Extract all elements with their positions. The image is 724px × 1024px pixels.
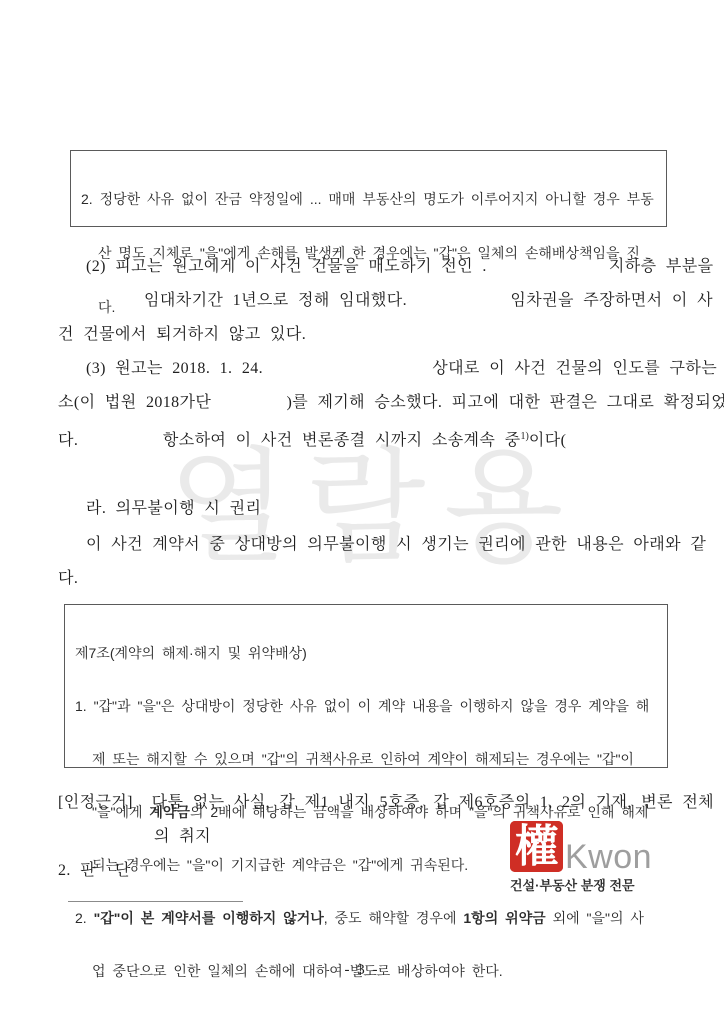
paragraph-3: (3) 원고는 2018. 1. 24. 상대로 이 사건 건물의 인도를 구하… — [58, 352, 670, 454]
body-line: 이 사건 계약서 중 상대방의 의무불이행 시 생기는 권리에 관한 내용은 아… — [58, 528, 670, 562]
text-segment: 2. — [75, 910, 94, 926]
document-page: 열람용 2. 정당한 사유 없이 잔금 약정일에 ... 매매 부동산의 명도가… — [0, 0, 724, 1024]
body-line: 건 건물에서 퇴거하지 않고 있다. — [58, 318, 670, 352]
quote-line: 제 또는 해지할 수 있으며 "갑"의 귀책사유로 인하여 계약이 해제되는 경… — [75, 749, 657, 770]
quote-line: 업 중단으로 인한 일체의 손해에 대하여 별도로 배상하여야 한다. — [75, 961, 657, 982]
text-segment: 업 중단으로 인한 일체의 손해에 대하여 별도로 배상하여야 한다. — [92, 963, 503, 979]
paragraph-2: (2) 피고는 원고에게 이 사건 건물을 매도하기 전인 . 지하층 부분을 … — [58, 250, 670, 352]
text-segment: 1. "갑"과 "을"은 상대방이 정당한 사유 없이 이 계약 내용을 이행하… — [75, 698, 649, 714]
body-text: 이다( — [529, 432, 566, 449]
text-segment: 제 또는 해지할 수 있으며 "갑"의 귀책사유로 인하여 계약이 해제되는 경… — [92, 751, 634, 767]
body-line: (3) 원고는 2018. 1. 24. 상대로 이 사건 건물의 인도를 구하… — [58, 352, 670, 386]
quote-title: 제7조(계약의 해제·해지 및 위약배상) — [75, 643, 657, 664]
section-d-body: 이 사건 계약서 중 상대방의 의무불이행 시 생기는 권리에 관한 내용은 아… — [58, 528, 670, 596]
body-line: (2) 피고는 원고에게 이 사건 건물을 매도하기 전인 . 지하층 부분을 — [58, 250, 670, 284]
body-line: 소(이 법원 2018가단 )를 제기해 승소했다. 피고에 대한 판결은 그대… — [58, 386, 670, 420]
logo-brand-text: Kwon — [565, 842, 652, 872]
quote-line: 2. "갑"이 본 계약서를 이행하지 않거나, 중도 해약할 경우에 1항의 … — [75, 908, 657, 929]
law-firm-logo: 權 Kwon 건설·부동산 분쟁 전문 — [510, 821, 670, 894]
text-segment: 제7조(계약의 해제·해지 및 위약배상) — [75, 645, 307, 661]
text-segment: , 중도 해약할 경우에 — [324, 910, 464, 926]
text-segment: 1항의 위약금 — [463, 910, 545, 926]
section-d-heading-block: 라. 의무불이행 시 권리 — [58, 492, 670, 526]
text-segment: "갑"이 본 계약서를 이행하지 않거나 — [94, 910, 324, 926]
quote-line: 1. "갑"과 "을"은 상대방이 정당한 사유 없이 이 계약 내용을 이행하… — [75, 696, 657, 717]
body-line: [인정근거] 다툼 없는 사실, 갑 제1 내지 5호증, 갑 제6호증의 1,… — [58, 786, 670, 820]
body-text: 다. 항소하여 이 사건 변론종결 시까지 소송계속 중 — [58, 432, 521, 449]
body-line: 다. 항소하여 이 사건 변론종결 시까지 소송계속 중1)이다( — [58, 420, 670, 454]
section-heading: 라. 의무불이행 시 권리 — [58, 492, 670, 526]
kwon-seal-icon: 權 — [510, 821, 563, 872]
body-line: 임대차기간 1년으로 정해 임대했다. 임차권을 주장하면서 이 사 — [58, 284, 670, 318]
body-line: 다. — [58, 562, 670, 596]
footnote-marker: 1) — [521, 431, 529, 442]
quoted-clause-box-article7: 제7조(계약의 해제·해지 및 위약배상) 1. "갑"과 "을"은 상대방이 … — [64, 604, 668, 768]
quote-line: 2. 정당한 사유 없이 잔금 약정일에 ... 매매 부동산의 명도가 이루어… — [81, 188, 656, 210]
text-segment: 외에 "을"의 사 — [546, 910, 644, 926]
logo-tagline: 건설·부동산 분쟁 전문 — [510, 875, 670, 894]
quoted-clause-box-damages: 2. 정당한 사유 없이 잔금 약정일에 ... 매매 부동산의 명도가 이루어… — [70, 150, 667, 227]
